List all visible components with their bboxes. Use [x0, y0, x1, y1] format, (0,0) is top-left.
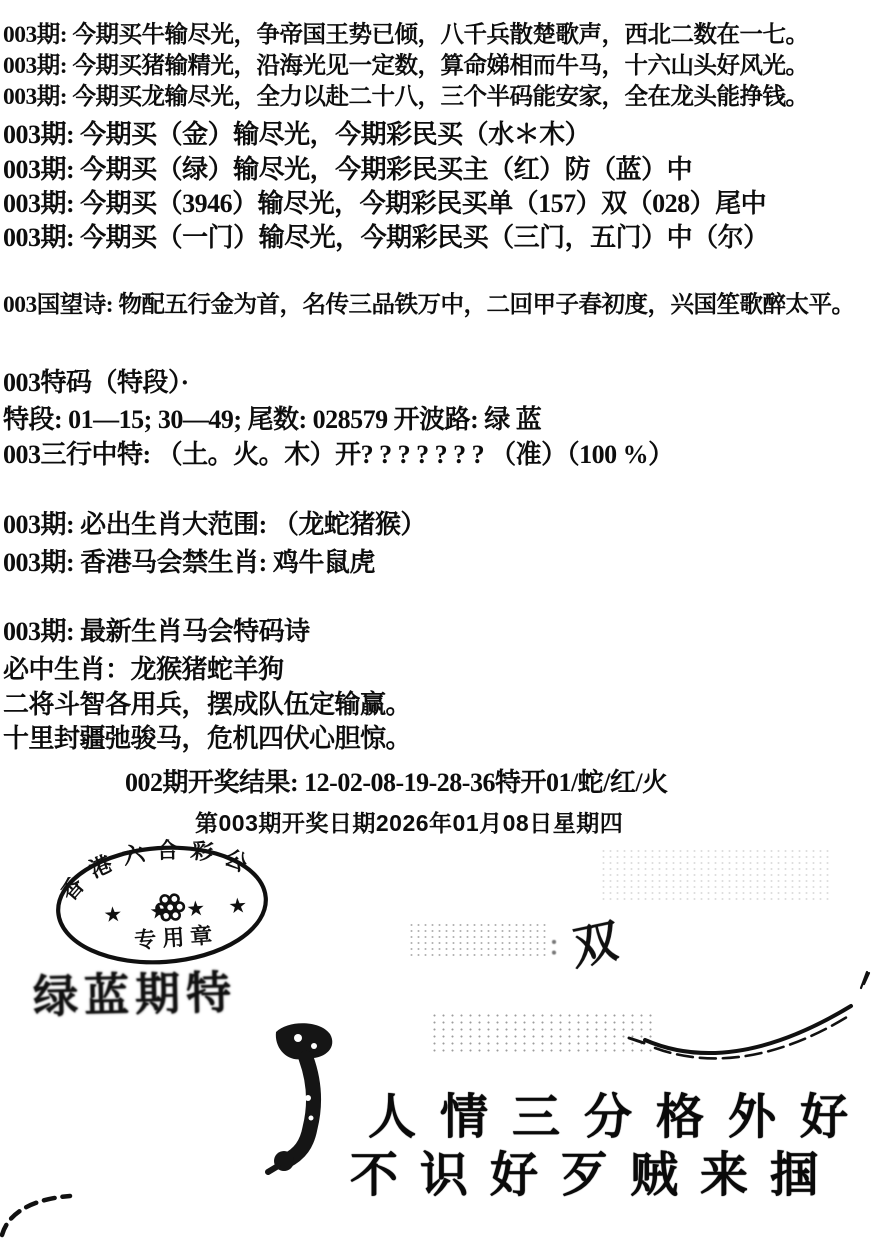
tip-line-4: 003期: 今期买（金）输尽光，今期彩民买（水＊木）: [3, 120, 590, 150]
lottery-tip-sheet: 003期: 今期买牛输尽光，争帝国王势已倾，八千兵散楚歌声，西北二数在一七。 0…: [0, 0, 875, 1238]
previous-result-line: 002期开奖结果: 12-02-08-19-28-36特开01/蛇/红/火: [125, 768, 668, 798]
star-row-right-icon: ★ ★: [186, 892, 257, 921]
handwritten-mark: 双: [569, 903, 621, 979]
poem-title: 003期: 最新生肖马会特码诗: [3, 617, 310, 647]
tip-line-3: 003期: 今期买龙输尽光，全力以赴二十八，三个半码能安家，全在龙头能挣钱。: [3, 84, 808, 111]
ink-blot: [258, 1018, 350, 1176]
poem-line-2: 二将斗智各用兵，摆成队伍定输赢。: [3, 690, 411, 720]
pen-tick-mark: [856, 970, 872, 992]
sanhang-line: 003三行中特: （土。火。木）开? ? ? ? ? ? ? （准）（100 %…: [3, 440, 674, 470]
faded-text-smudge: [408, 922, 550, 956]
jin-shengxiao-line: 003期: 香港马会禁生肖: 鸡牛鼠虎: [3, 548, 375, 578]
tip-line-1: 003期: 今期买牛输尽光，争帝国王势已倾，八千兵散楚歌声，西北二数在一七。: [3, 22, 808, 49]
teduan-line: 特段: 01—15; 30—49; 尾数: 028579 开波路: 绿 蓝: [3, 405, 541, 435]
smudged-overprint-text: 绿蓝期特: [32, 956, 237, 1025]
company-stamp: 香港六合彩公司 ★ ★ ★ ★ 专用章: [48, 838, 288, 972]
next-draw-date-line: 第003期开奖日期2026年01月08日星期四: [195, 810, 623, 836]
tema-section-title: 003特码（特段）·: [3, 368, 189, 398]
poem-line-1: 必中生肖：龙猴猪蛇羊狗: [3, 655, 284, 685]
tip-line-2: 003期: 今期买猪输精光，沿海光见一定数，算命娣相而牛马，十六山头好风光。: [3, 53, 808, 80]
signature-swoosh: [595, 990, 875, 1065]
slogan-line-2: 不识好歹贼来掴: [350, 1136, 840, 1205]
corner-pen-mark: [0, 1183, 80, 1238]
stamp-bottom-text: 专用章: [134, 922, 220, 953]
tip-line-5: 003期: 今期买（绿）输尽光，今期彩民买主（红）防（蓝）中: [3, 155, 692, 185]
tip-line-6: 003期: 今期买（3946）输尽光，今期彩民买单（157）双（028）尾中: [3, 189, 766, 219]
bichu-shengxiao-line: 003期: 必出生肖大范围: （龙蛇猪猴）: [3, 510, 426, 540]
faded-text-smudge: [600, 848, 830, 904]
guowang-poem-line: 003国望诗: 物配五行金为首，名传三品铁万中，二回甲子春初度，兴国笙歌醉太平。: [3, 292, 854, 319]
tip-line-7: 003期: 今期买（一门）输尽光，今期彩民买（三门，五门）中（尔）: [3, 223, 769, 253]
poem-line-3: 十里封疆弛骏马，危机四伏心胆惊。: [3, 724, 411, 754]
